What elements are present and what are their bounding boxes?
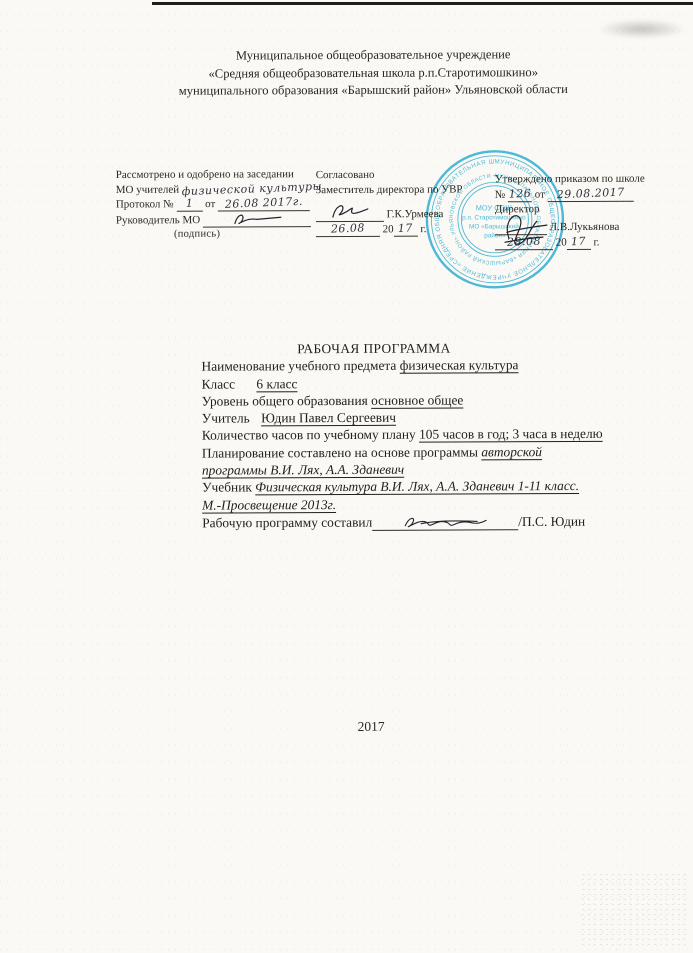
approved-year-underline: 17 [567, 234, 591, 249]
approved-from-label: от [535, 188, 545, 200]
approved-role-line: Директор [495, 201, 675, 216]
approved-order-date-handwritten: 29.08.2017 [556, 185, 624, 201]
header-line-3: муниципального образования «Барышский ра… [53, 80, 693, 100]
approved-number-underline: 126 [508, 187, 532, 202]
page-content: Муниципальное общеобразовательное учрежд… [0, 0, 693, 953]
protocol-line: Протокол № 1 от 26.08 2017г. [116, 196, 341, 212]
agreed-date-underline: 26.08 [316, 222, 380, 237]
protocol-label: Протокол № [116, 198, 174, 210]
approved-order-line: № 126 от 29.08.2017 [495, 186, 675, 202]
textbook-line-1: Учебник Физическая культура В.И. Лях, А.… [202, 477, 664, 496]
composed-signature-line [372, 512, 518, 531]
mo-head-line: Руководитель МО [116, 211, 341, 228]
level-label: Уровень общего образования [202, 393, 368, 409]
hours-line: Количество часов по учебному плану 105 ч… [202, 425, 664, 444]
approved-name: Л.В.Лукьянова [550, 221, 620, 233]
agreed-year-prefix: 20 [383, 223, 394, 235]
textbook-label: Учебник [202, 480, 252, 495]
approved-year-handwritten: 17 [571, 234, 586, 248]
subject-line: Наименование учебного предмета физическа… [201, 356, 663, 375]
subject-label: Наименование учебного предмета [201, 358, 396, 374]
level-value: основное общее [371, 392, 463, 407]
approved-number-label: № [495, 188, 506, 200]
textbook-value-1: Физическая культура В.И. Лях, А.А. Здане… [255, 478, 579, 494]
teacher-value: Юдин Павел Сергеевич [261, 410, 396, 426]
agreed-signature-underline [316, 201, 384, 222]
mo-head-signature [231, 211, 283, 226]
protocol-number-handwritten: 1 [185, 197, 193, 210]
approved-title: Утверждено приказом по школе [495, 172, 675, 187]
teacher-label: Учитель [202, 411, 250, 426]
agreed-date-handwritten: 26.08 [331, 221, 365, 235]
composed-label: Рабочую программу составил [202, 515, 372, 531]
agreed-signature [329, 201, 371, 221]
approved-year-prefix: 20 [556, 236, 567, 248]
planning-line-1: Планирование составлено на основе програ… [202, 442, 664, 461]
agreed-year-handwritten: 17 [398, 221, 413, 235]
program-title: РАБОЧАЯ ПРОГРАММА [201, 339, 546, 358]
hours-label: Количество часов по учебному плану [202, 427, 416, 443]
class-label: Класс [202, 376, 236, 391]
textbook-line-2: М.-Просвещение 2013г. [202, 494, 664, 513]
protocol-date-line: 26.08 2017г. [218, 196, 310, 211]
mo-head-label: Руководитель МО [116, 214, 200, 226]
reviewed-block: Рассмотрено и одобрено на заседании МО у… [116, 167, 341, 242]
mo-head-signature-line [203, 211, 311, 227]
footer-year: 2017 [51, 717, 691, 736]
approved-order-date-underline: 29.08.2017 [548, 186, 634, 201]
school-header: Муниципальное общеобразовательное учрежд… [53, 45, 693, 100]
level-line: Уровень общего образования основное обще… [202, 391, 664, 410]
scanned-document-page: Муниципальное общеобразовательное учрежд… [0, 0, 693, 953]
protocol-from-label: от [205, 198, 215, 210]
approved-number-handwritten: 126 [509, 186, 532, 200]
agreed-year-underline: 17 [394, 222, 418, 237]
composer-signature [401, 512, 489, 529]
approved-year-suffix: г. [593, 236, 599, 248]
hours-value: 105 часов в год; 3 часа в неделю [419, 426, 603, 442]
protocol-date-handwritten: 26.08 2017г. [225, 195, 303, 211]
planning-value-1: авторской [481, 444, 542, 459]
composed-line: Рабочую программу составил/П.С. Юдин [202, 512, 664, 532]
reviewed-mo-line: МО учителей физической культуры [116, 182, 341, 197]
class-line: Класс 6 класс [202, 373, 664, 392]
program-block: РАБОЧАЯ ПРОГРАММА Наименование учебного … [201, 339, 664, 532]
teacher-line: Учитель Юдин Павел Сергеевич [202, 408, 664, 427]
planning-value-2: программы В.И. Лях, А.А. Зданевич [202, 462, 404, 478]
director-signature [499, 208, 551, 250]
textbook-value-2: М.-Просвещение 2013г. [202, 497, 336, 513]
mo-label: МО учителей [116, 183, 179, 195]
planning-label: Планирование составлено на основе програ… [202, 444, 478, 460]
subject-value: физическая культура [400, 358, 519, 374]
class-value: 6 класс [256, 376, 297, 391]
planning-line-2: программы В.И. Лях, А.А. Зданевич [202, 460, 664, 479]
composed-by: /П.С. Юдин [518, 514, 585, 529]
approved-block: Утверждено приказом по школе № 126 от 29… [495, 172, 675, 250]
